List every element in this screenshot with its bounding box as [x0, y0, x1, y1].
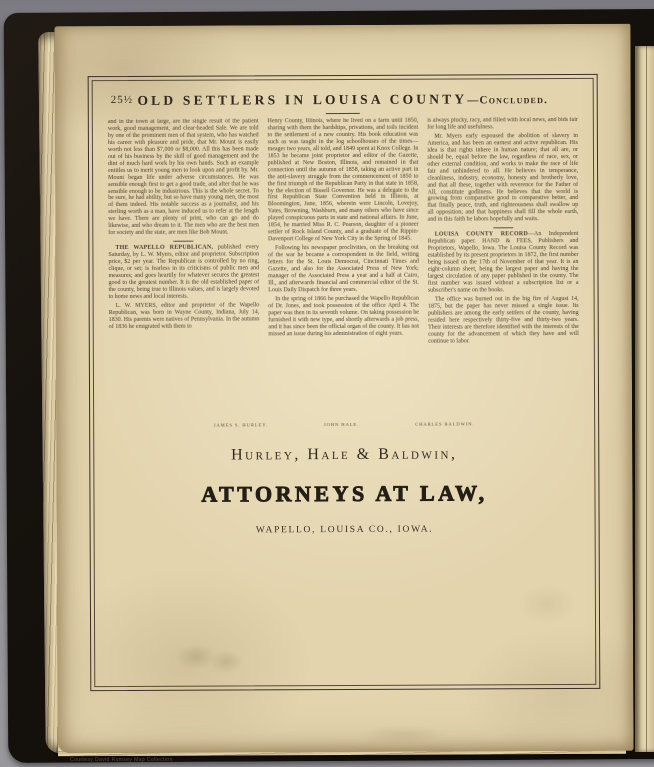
section-separator: [174, 240, 194, 241]
firm-name: Hurley, Hale & Baldwin,: [98, 445, 590, 465]
section-lead: LOUISA COUNTY RECORD: [435, 231, 528, 237]
page-number: 25½: [111, 94, 133, 106]
paragraph: Following his newspaper proclivities, on…: [268, 245, 419, 294]
profession-line: ATTORNEYS AT LAW,: [98, 480, 590, 508]
page-frame-inner-rule: 25½ OLD SETTLERS IN LOUISA COUNTY—Conclu…: [92, 78, 597, 687]
attorney-name: JAMES S. HURLEY.: [214, 422, 268, 427]
page-crease: [646, 46, 647, 752]
section-separator: [493, 227, 513, 228]
paper-stain: [357, 725, 447, 745]
paragraph: Mr. Myers early espoused the abolition o…: [427, 133, 578, 224]
paragraph: The office was burned out in the big fir…: [428, 296, 579, 345]
paragraph: L. W. MYERS, editor and proprietor of th…: [109, 302, 260, 330]
paragraph: and in the town at large, are the single…: [108, 118, 259, 237]
atlas-page: 25½ OLD SETTLERS IN LOUISA COUNTY—Conclu…: [54, 24, 633, 754]
advertisement: JAMES S. HURLEY. JOHN HALE. CHARLES BALD…: [98, 421, 590, 536]
attorney-name: CHARLES BALDWIN.: [415, 421, 474, 426]
paragraph: THE WAPELLO REPUBLICAN, published every …: [108, 245, 259, 301]
section-body: published every Saturday, by L. W. Myers…: [108, 245, 259, 300]
page-content: 25½ OLD SETTLERS IN LOUISA COUNTY—Conclu…: [97, 83, 592, 682]
column-2: Henry County, Illinois, where he lived o…: [267, 118, 419, 351]
credit-line: Courtesy David Rumsey Map Collection: [70, 757, 173, 763]
page-frame: 25½ OLD SETTLERS IN LOUISA COUNTY—Conclu…: [88, 74, 601, 691]
column-3: is always plucky, racy, and filled with …: [427, 117, 579, 350]
column-1: and in the town at large, are the single…: [108, 118, 260, 351]
page-header: 25½ OLD SETTLERS IN LOUISA COUNTY—Conclu…: [97, 83, 589, 115]
page-title: OLD SETTLERS IN LOUISA COUNTY—Concluded.: [97, 83, 589, 109]
paragraph: In the spring of 1866 he purchased the W…: [268, 296, 419, 338]
page-title-suffix: —Concluded.: [467, 94, 548, 106]
attorney-name: JOHN HALE.: [324, 422, 359, 427]
title-rule: [326, 113, 360, 114]
location-line: WAPELLO, LOUISA CO., IOWA.: [99, 524, 591, 536]
right-page-edge: [635, 46, 654, 752]
paragraph: Henry County, Illinois, where he lived o…: [267, 118, 418, 244]
attorney-names-row: JAMES S. HURLEY. JOHN HALE. CHARLES BALD…: [98, 421, 590, 428]
section-body: —An Independent Republican paper. HAND &…: [428, 231, 579, 293]
paragraph: LOUISA COUNTY RECORD—An Independent Repu…: [428, 231, 579, 294]
section-lead: THE WAPELLO REPUBLICAN,: [115, 245, 213, 251]
text-columns: and in the town at large, are the single…: [108, 117, 579, 351]
paragraph: is always plucky, racy, and filled with …: [427, 117, 578, 132]
page-title-main: OLD SETTLERS IN LOUISA COUNTY: [137, 91, 467, 107]
